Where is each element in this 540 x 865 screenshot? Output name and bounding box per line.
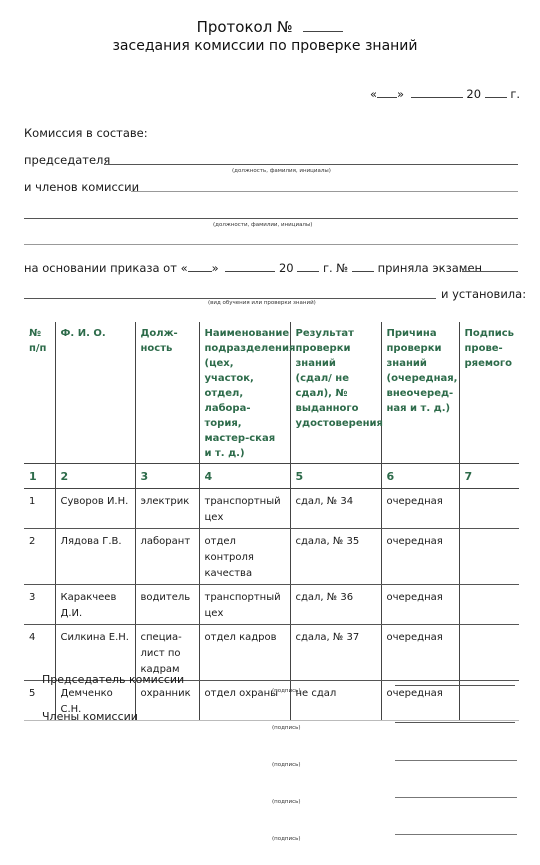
member-signature-field-1[interactable]	[395, 722, 515, 723]
order-prefix: на основании приказа от	[24, 261, 177, 275]
members-field-2[interactable]	[24, 218, 518, 219]
cell-name: Суворов И.Н.	[55, 489, 135, 529]
column-number: 4	[199, 464, 290, 489]
column-number: 2	[55, 464, 135, 489]
table-column-numbers-row: 1 2 3 4 5 6 7	[24, 464, 519, 489]
order-year-prefix: 20	[279, 261, 294, 275]
date-year-suffix: г.	[510, 87, 520, 101]
order-exam-text: приняла экзамен	[378, 261, 482, 275]
cell-position: охранник	[135, 681, 199, 721]
order-number-field[interactable]	[352, 260, 374, 272]
cell-name: Лядова Г.В.	[55, 529, 135, 585]
cell-result: сдал, № 36	[290, 585, 381, 625]
cell-position: лаборант	[135, 529, 199, 585]
members-field-1[interactable]	[131, 191, 518, 192]
chairman-label: председателя	[24, 153, 110, 167]
table-row: 1 Суворов И.Н. электрик транспортный цех…	[24, 489, 519, 529]
cell-department: транспортный цех	[199, 585, 290, 625]
cell-department: транспортный цех	[199, 489, 290, 529]
date-day-field[interactable]	[377, 86, 397, 98]
member-signature-field-2[interactable]	[395, 760, 517, 761]
table-row: 2 Лядова Г.В. лаборант отдел контроля ка…	[24, 529, 519, 585]
cell-reason: очередная	[381, 489, 459, 529]
cell-num: 3	[24, 585, 55, 625]
training-hint: (вид обучения или проверки знаний)	[208, 300, 316, 306]
exam-results-table: № п/п Ф. И. О. Долж-ность Наименование п…	[24, 322, 519, 721]
table-header-row: № п/п Ф. И. О. Долж-ность Наименование п…	[24, 322, 519, 464]
members-hint: (должности, фамилии, инициалы)	[213, 222, 312, 228]
cell-result: сдал, № 34	[290, 489, 381, 529]
protocol-subtitle: заседания комиссии по проверке знаний	[0, 38, 530, 54]
header-name: Ф. И. О.	[55, 322, 135, 464]
order-year-field[interactable]	[297, 260, 319, 272]
column-number: 5	[290, 464, 381, 489]
signature-hint: (подпись)	[272, 762, 301, 768]
cell-reason: очередная	[381, 529, 459, 585]
date-open-quote: «	[370, 87, 377, 101]
chairman-field[interactable]	[104, 164, 518, 165]
signature-hint: (подпись)	[272, 836, 301, 842]
cell-department: отдел охраны	[199, 681, 290, 721]
cell-signature[interactable]	[459, 681, 519, 721]
cell-num: 2	[24, 529, 55, 585]
cell-position: водитель	[135, 585, 199, 625]
order-open-quote: «	[181, 261, 188, 275]
column-number: 7	[459, 464, 519, 489]
cell-position: электрик	[135, 489, 199, 529]
cell-reason: очередная	[381, 585, 459, 625]
established-text: и установила:	[441, 287, 526, 301]
column-number: 1	[24, 464, 55, 489]
order-line: на основании приказа от «» 20 г. № приня…	[24, 260, 482, 275]
protocol-date-line: «» 20 г.	[370, 86, 520, 101]
signature-hint: (подпись)	[272, 725, 301, 731]
cell-department: отдел контроля качества	[199, 529, 290, 585]
commission-heading: Комиссия в составе:	[24, 126, 148, 140]
member-signature-field-4[interactable]	[395, 834, 517, 835]
chairman-hint: (должность, фамилия, инициалы)	[232, 168, 331, 174]
date-close-quote: »	[397, 87, 404, 101]
exam-field-1[interactable]	[462, 271, 518, 272]
order-close-quote: »	[212, 261, 219, 275]
members-label: и членов комиссии	[24, 180, 139, 194]
order-day-field[interactable]	[188, 260, 212, 272]
column-number: 3	[135, 464, 199, 489]
date-year-field[interactable]	[485, 86, 507, 98]
protocol-title-text: Протокол №	[197, 18, 293, 36]
signature-hint: (подпись)	[272, 799, 301, 805]
members-field-3[interactable]	[24, 244, 518, 245]
cell-num: 1	[24, 489, 55, 529]
protocol-number-field[interactable]	[303, 20, 343, 32]
date-month-field[interactable]	[411, 86, 463, 98]
header-department: Наименование подразделения (цех, участок…	[199, 322, 290, 464]
cell-department: отдел кадров	[199, 625, 290, 681]
table-row: 3 Каракчеев Д.И. водитель транспортный ц…	[24, 585, 519, 625]
header-signature: Подпись прове-ряемого	[459, 322, 519, 464]
header-position: Долж-ность	[135, 322, 199, 464]
cell-result: сдала, № 35	[290, 529, 381, 585]
cell-signature[interactable]	[459, 489, 519, 529]
member-signature-field-3[interactable]	[395, 797, 517, 798]
chairman-signature-label: Председатель комиссии	[42, 673, 184, 686]
exam-field-2[interactable]	[24, 298, 436, 299]
cell-reason: очередная	[381, 681, 459, 721]
order-month-field[interactable]	[225, 260, 275, 272]
chairman-signature-field[interactable]	[395, 685, 515, 686]
protocol-title: Протокол №	[0, 18, 540, 36]
header-reason: Причина проверки знаний (очередная, внео…	[381, 322, 459, 464]
cell-result: не сдал	[290, 681, 381, 721]
cell-signature[interactable]	[459, 529, 519, 585]
column-number: 6	[381, 464, 459, 489]
cell-result: сдала, № 37	[290, 625, 381, 681]
cell-name: Каракчеев Д.И.	[55, 585, 135, 625]
date-year-prefix: 20	[466, 87, 481, 101]
cell-signature[interactable]	[459, 585, 519, 625]
order-year-suffix: г. №	[323, 261, 348, 275]
cell-signature[interactable]	[459, 625, 519, 681]
members-signature-label: Члены комиссии	[42, 710, 138, 723]
header-result: Результат проверки знаний (сдал/ не сдал…	[290, 322, 381, 464]
cell-reason: очередная	[381, 625, 459, 681]
signature-hint: (подпись)	[272, 688, 301, 694]
header-num: № п/п	[24, 322, 55, 464]
